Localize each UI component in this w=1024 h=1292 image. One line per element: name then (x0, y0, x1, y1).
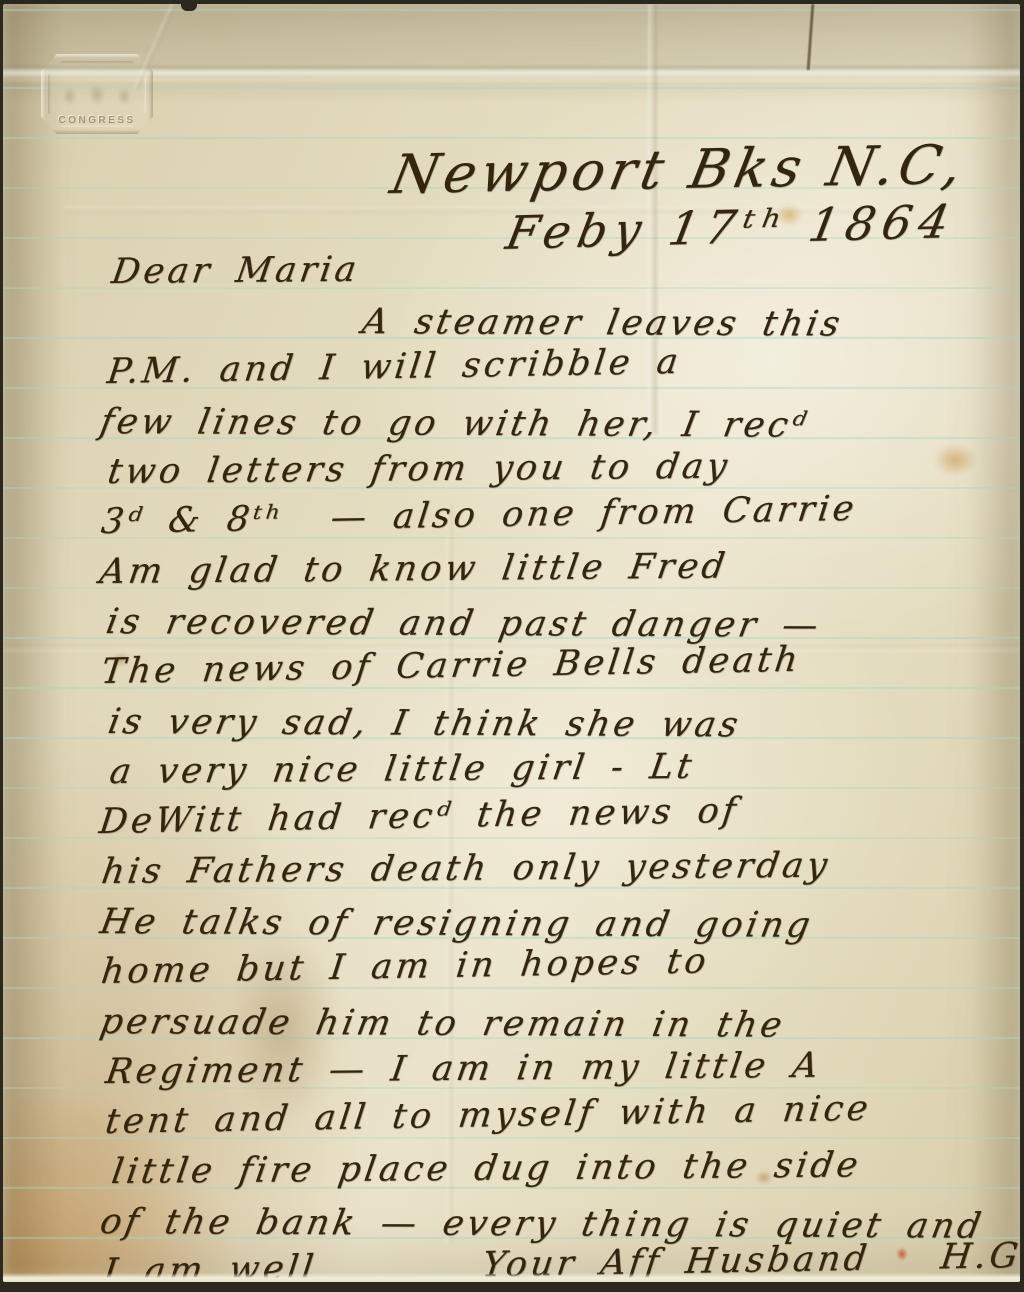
letter-line-1: Dear Maria (109, 250, 362, 292)
letter-line-17: Regiment — I am in my little A (103, 1046, 824, 1092)
letter-line-14: He talks of resigning and going (97, 902, 816, 946)
letter-line-7: Am glad to know little Fred (97, 547, 731, 592)
letter-line-16: persuade him to remain in the (97, 1002, 788, 1046)
letter-line-4: few lines to go with her, I recᵈ (97, 402, 812, 446)
embossed-stamp: CONGRESS (41, 54, 153, 134)
letter-line-10: is very sad, I think she was (105, 702, 744, 745)
letter-page: CONGRESS Newport Bks N.C, Feby 17ᵗʰ 1864… (3, 4, 1020, 1282)
stamp-text: CONGRESS (41, 115, 153, 126)
letter-line-19: little fire place dug into the side (109, 1145, 864, 1192)
paper-bottom-edge (3, 1273, 1020, 1282)
photo-background: CONGRESS Newport Bks N.C, Feby 17ᵗʰ 1864… (0, 0, 1024, 1292)
letter-line-11: a very nice little girl - Lt (107, 747, 698, 792)
capitol-building-emboss-icon (59, 76, 135, 110)
letter-place-heading: Newport Bks N.C, (386, 133, 972, 206)
letter-line-8: is recovered and past danger — (103, 602, 825, 646)
letter-line-5: two letters from you to day (105, 447, 733, 492)
letter-line-2: A steamer leaves this (359, 302, 846, 345)
letter-line-13: his Fathers death only yesterday (99, 846, 833, 892)
